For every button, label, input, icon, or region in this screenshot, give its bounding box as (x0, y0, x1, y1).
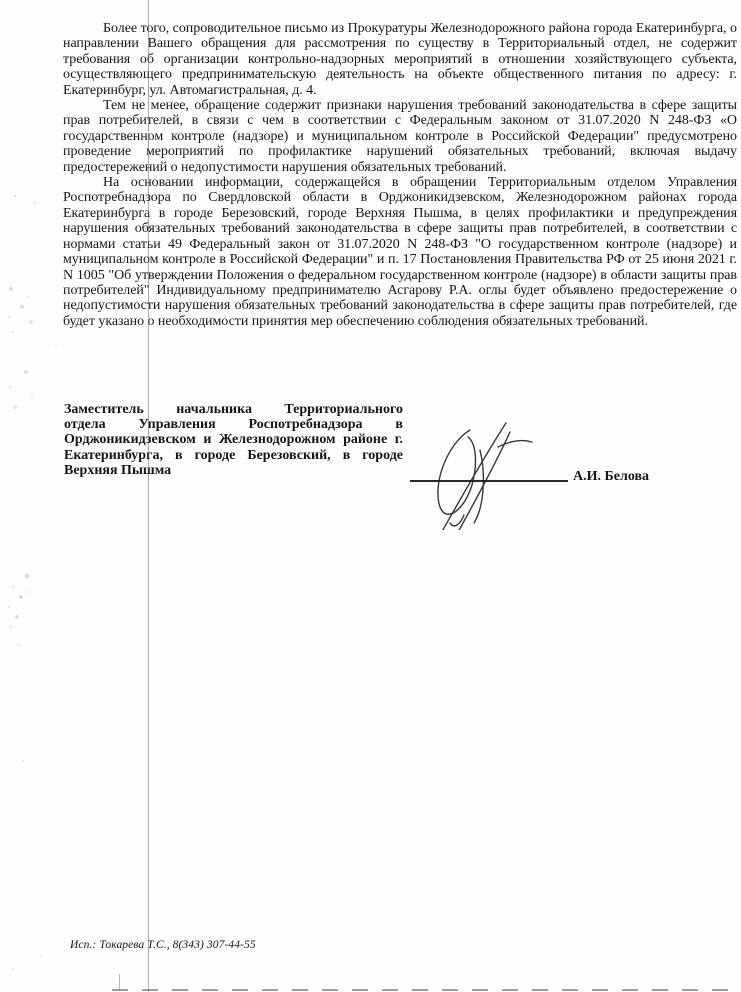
paragraph-violation-signs: Тем не менее, обращение содержит признак… (63, 98, 737, 175)
handwritten-signature (420, 415, 540, 530)
executor-note: Исп.: Токарева Т.С., 8(343) 307-44-55 (70, 939, 256, 951)
signatory-title-block: Заместитель начальника Территориального … (64, 402, 403, 478)
signature-area: А.И. Белова (400, 410, 741, 540)
vertical-fold-scan-line (148, 0, 149, 992)
paragraph-cover-letter: Более того, сопроводительное письмо из П… (63, 21, 737, 98)
signatory-title-line: Орджоникидзевском и Железнодорожном райо… (64, 432, 403, 447)
signatory-title-line: Заместитель начальника Территориального (64, 402, 403, 417)
signer-name: А.И. Белова (573, 469, 649, 485)
scan-bottom-edge-artifact (112, 989, 741, 991)
paragraph-warning-basis: На основании информации, содержащейся в … (63, 175, 737, 329)
letter-body: Более того, сопроводительное письмо из П… (63, 21, 737, 329)
scan-noise-speckles (0, 0, 2, 2)
scanned-letter-page: Более того, сопроводительное письмо из П… (0, 0, 741, 992)
signatory-title-line: Екатеринбурга, в городе Березовский, в г… (64, 448, 403, 463)
signatory-title-line: Верхняя Пышма (64, 463, 403, 478)
signatory-title-line: отдела Управления Роспотребнадзора в (64, 417, 403, 432)
scan-bottom-tick-artifact (119, 974, 120, 990)
